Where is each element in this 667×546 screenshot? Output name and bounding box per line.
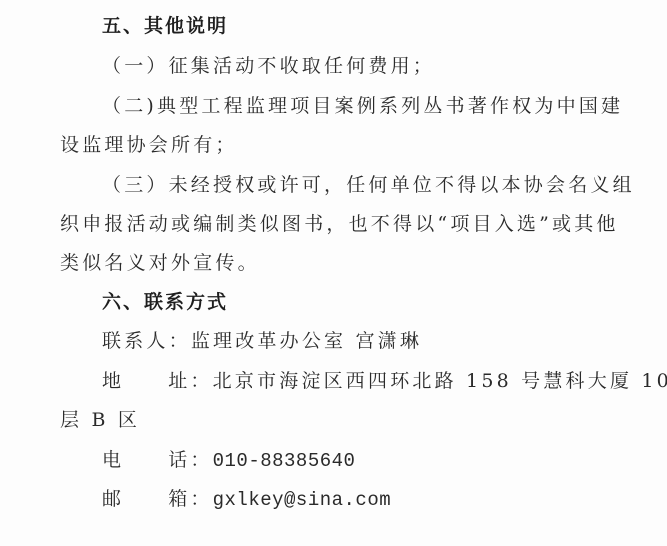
paragraph-item-2: （二)典型工程监理项目案例系列丛书著作权为中国建 bbox=[102, 94, 623, 118]
phone-line: 电话：010-88385640 bbox=[102, 448, 355, 473]
contact-person-label: 联系人： bbox=[102, 330, 191, 352]
address-value: 北京市海淀区西四环北路 158 号慧科大厦 10 bbox=[213, 370, 667, 392]
address-line: 地址：北京市海淀区西四环北路 158 号慧科大厦 10 bbox=[102, 369, 667, 393]
paragraph-item-2-cont: 设监理协会所有； bbox=[60, 133, 238, 157]
paragraph-item-3: （三）未经授权或许可，任何单位不得以本协会名义组 bbox=[102, 173, 635, 197]
address-line-cont: 层 B 区 bbox=[60, 408, 140, 432]
email-label-char-1: 邮 bbox=[102, 488, 124, 510]
email-line: 邮箱：gxlkey@sina.com bbox=[102, 487, 391, 512]
paragraph-item-1: （一）征集活动不收取任何费用； bbox=[102, 54, 435, 78]
contact-person-value: 监理改革办公室 宫潇琳 bbox=[191, 330, 422, 352]
contact-person-line: 联系人：监理改革办公室 宫潇琳 bbox=[102, 329, 422, 353]
email-label-char-2: 箱： bbox=[168, 488, 212, 510]
phone-value: 010-88385640 bbox=[213, 450, 356, 472]
document-page: 五、其他说明 （一）征集活动不收取任何费用； （二)典型工程监理项目案例系列丛书… bbox=[0, 0, 667, 546]
section-heading-contact: 六、联系方式 bbox=[102, 290, 228, 314]
address-label-char-2: 址： bbox=[168, 370, 212, 392]
section-heading-other-notes: 五、其他说明 bbox=[102, 14, 228, 38]
paragraph-item-3-cont-1: 织申报活动或编制类似图书，也不得以“项目入选”或其他 bbox=[60, 212, 619, 236]
address-label-char-1: 地 bbox=[102, 370, 124, 392]
phone-label-char-2: 话： bbox=[168, 449, 212, 471]
paragraph-item-3-cont-2: 类似名义对外宣传。 bbox=[60, 251, 260, 275]
email-value: gxlkey@sina.com bbox=[213, 489, 392, 511]
phone-label-char-1: 电 bbox=[102, 449, 124, 471]
